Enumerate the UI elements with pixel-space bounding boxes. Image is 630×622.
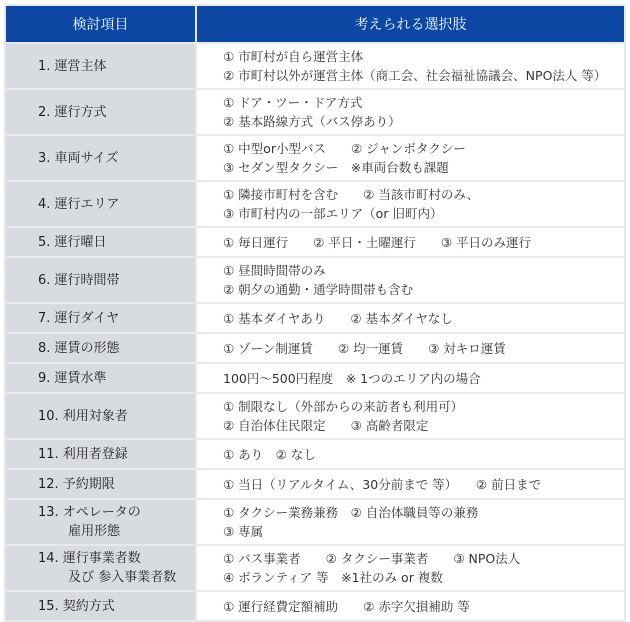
item-cell: 14. 運行事業者数 及び 参入事業者数 — [5, 545, 196, 591]
option-text: ③ セダン型タクシー ※車両台数も課題 — [223, 158, 624, 177]
option-text: ① 運行経費定額補助 ② 赤字欠損補助 等 — [223, 597, 624, 616]
option-text: ① ドア・ツー・ドア方式 — [223, 93, 624, 112]
table-row: 14. 運行事業者数 及び 参入事業者数① バス事業者 ② タクシー事業者 ③ … — [5, 545, 625, 591]
item-cell: 15. 契約方式 — [5, 591, 196, 621]
item-label: 9. 運賃水準 — [38, 369, 194, 388]
option-text: ① タクシー業務兼務 ② 自治体職員等の兼務 — [223, 503, 624, 522]
option-text: ③ 市町村内の一部エリア（or 旧町内） — [223, 204, 624, 223]
options-cell: ① 隣接市町村を含む ② 当該市町村のみ、③ 市町村内の一部エリア（or 旧町内… — [196, 181, 625, 227]
options-cell: ① 制限なし（外部からの来訪者も利用可）② 自治体住民限定 ③ 高齢者限定 — [196, 393, 625, 439]
option-text: ① 昼間時間帯のみ — [223, 261, 624, 280]
table-row: 4. 運行エリア① 隣接市町村を含む ② 当該市町村のみ、③ 市町村内の一部エリ… — [5, 181, 625, 227]
option-text: ① あり ② なし — [223, 445, 624, 464]
item-label: 1. 運営主体 — [38, 57, 194, 76]
options-cell: ① 毎日運行 ② 平日・土曜運行 ③ 平日のみ運行 — [196, 227, 625, 257]
item-cell: 9. 運賃水準 — [5, 363, 196, 393]
table-row: 5. 運行曜日① 毎日運行 ② 平日・土曜運行 ③ 平日のみ運行 — [5, 227, 625, 257]
table-row: 13. オペレータの 雇用形態① タクシー業務兼務 ② 自治体職員等の兼務③ 専… — [5, 499, 625, 545]
item-label: 及び 参入事業者数 — [38, 568, 194, 587]
option-text: ① 市町村が自ら運営主体 — [223, 47, 624, 66]
table-row: 1. 運営主体① 市町村が自ら運営主体② 市町村以外が運営主体（商工会、社会福祉… — [5, 43, 625, 89]
item-label: 7. 運行ダイヤ — [38, 309, 194, 328]
item-label: 10. 利用対象者 — [38, 407, 194, 426]
options-cell: ① 市町村が自ら運営主体② 市町村以外が運営主体（商工会、社会福祉協議会、NPO… — [196, 43, 625, 89]
options-cell: ① バス事業者 ② タクシー事業者 ③ NPO法人④ ボランティア 等 ※1社の… — [196, 545, 625, 591]
table-row: 7. 運行ダイヤ① 基本ダイヤあり ② 基本ダイヤなし — [5, 303, 625, 333]
option-text: ③ 専属 — [223, 522, 624, 541]
options-cell: ① 中型or小型バス ② ジャンボタクシー③ セダン型タクシー ※車両台数も課題 — [196, 135, 625, 181]
table-row: 15. 契約方式① 運行経費定額補助 ② 赤字欠損補助 等 — [5, 591, 625, 621]
table-row: 10. 利用対象者① 制限なし（外部からの来訪者も利用可）② 自治体住民限定 ③… — [5, 393, 625, 439]
option-text: ① 中型or小型バス ② ジャンボタクシー — [223, 139, 624, 158]
item-label: 12. 予約期限 — [38, 475, 194, 494]
item-label: 6. 運行時間帯 — [38, 271, 194, 290]
item-cell: 2. 運行方式 — [5, 89, 196, 135]
item-label: 2. 運行方式 — [38, 103, 194, 122]
item-label: 8. 運賃の形態 — [38, 339, 194, 358]
item-cell: 11. 利用者登録 — [5, 439, 196, 469]
option-text: ② 基本路線方式（バス停あり） — [223, 112, 624, 131]
table-row: 8. 運賃の形態① ゾーン制運賃 ② 均一運賃 ③ 対キロ運賃 — [5, 333, 625, 363]
item-cell: 12. 予約期限 — [5, 469, 196, 499]
item-label: 雇用形態 — [38, 522, 194, 541]
option-text: 100円〜500円程度 ※ 1つのエリア内の場合 — [223, 369, 624, 388]
option-text: ① 制限なし（外部からの来訪者も利用可） — [223, 397, 624, 416]
option-text: ② 市町村以外が運営主体（商工会、社会福祉協議会、NPO法人 等） — [223, 66, 624, 85]
options-cell: 100円〜500円程度 ※ 1つのエリア内の場合 — [196, 363, 625, 393]
item-cell: 3. 車両サイズ — [5, 135, 196, 181]
options-cell: ① 昼間時間帯のみ② 朝夕の通勤・通学時間帯も含む — [196, 257, 625, 303]
item-label: 5. 運行曜日 — [38, 233, 194, 252]
item-label: 14. 運行事業者数 — [38, 549, 194, 568]
options-cell: ① 運行経費定額補助 ② 赤字欠損補助 等 — [196, 591, 625, 621]
table-row: 3. 車両サイズ① 中型or小型バス ② ジャンボタクシー③ セダン型タクシー … — [5, 135, 625, 181]
option-text: ① 基本ダイヤあり ② 基本ダイヤなし — [223, 309, 624, 328]
options-table: 検討項目 考えられる選択肢 1. 運営主体① 市町村が自ら運営主体② 市町村以外… — [4, 4, 626, 621]
header-row: 検討項目 考えられる選択肢 — [5, 5, 625, 43]
options-cell: ① 基本ダイヤあり ② 基本ダイヤなし — [196, 303, 625, 333]
table-row: 11. 利用者登録① あり ② なし — [5, 439, 625, 469]
option-text: ④ ボランティア 等 ※1社のみ or 複数 — [223, 568, 624, 587]
options-cell: ① あり ② なし — [196, 439, 625, 469]
item-cell: 13. オペレータの 雇用形態 — [5, 499, 196, 545]
option-text: ② 朝夕の通勤・通学時間帯も含む — [223, 280, 624, 299]
option-text: ① 当日（リアルタイム、30分前まで 等） ② 前日まで — [223, 475, 624, 494]
item-label: 3. 車両サイズ — [38, 149, 194, 168]
item-label: 15. 契約方式 — [38, 597, 194, 616]
item-cell: 7. 運行ダイヤ — [5, 303, 196, 333]
option-text: ① バス事業者 ② タクシー事業者 ③ NPO法人 — [223, 549, 624, 568]
table-row: 6. 運行時間帯① 昼間時間帯のみ② 朝夕の通勤・通学時間帯も含む — [5, 257, 625, 303]
header-options: 考えられる選択肢 — [196, 5, 625, 43]
item-cell: 5. 運行曜日 — [5, 227, 196, 257]
table-row: 2. 運行方式① ドア・ツー・ドア方式② 基本路線方式（バス停あり） — [5, 89, 625, 135]
item-cell: 4. 運行エリア — [5, 181, 196, 227]
option-text: ② 自治体住民限定 ③ 高齢者限定 — [223, 416, 624, 435]
options-cell: ① タクシー業務兼務 ② 自治体職員等の兼務③ 専属 — [196, 499, 625, 545]
item-cell: 6. 運行時間帯 — [5, 257, 196, 303]
item-cell: 1. 運営主体 — [5, 43, 196, 89]
option-text: ① 隣接市町村を含む ② 当該市町村のみ、 — [223, 185, 624, 204]
item-cell: 8. 運賃の形態 — [5, 333, 196, 363]
header-item: 検討項目 — [5, 5, 196, 43]
item-label: 11. 利用者登録 — [38, 445, 194, 464]
table-row: 12. 予約期限① 当日（リアルタイム、30分前まで 等） ② 前日まで — [5, 469, 625, 499]
table-row: 9. 運賃水準100円〜500円程度 ※ 1つのエリア内の場合 — [5, 363, 625, 393]
options-cell: ① ゾーン制運賃 ② 均一運賃 ③ 対キロ運賃 — [196, 333, 625, 363]
item-cell: 10. 利用対象者 — [5, 393, 196, 439]
option-text: ① ゾーン制運賃 ② 均一運賃 ③ 対キロ運賃 — [223, 339, 624, 358]
item-label: 13. オペレータの — [38, 503, 194, 522]
options-cell: ① 当日（リアルタイム、30分前まで 等） ② 前日まで — [196, 469, 625, 499]
option-text: ① 毎日運行 ② 平日・土曜運行 ③ 平日のみ運行 — [223, 233, 624, 252]
options-cell: ① ドア・ツー・ドア方式② 基本路線方式（バス停あり） — [196, 89, 625, 135]
item-label: 4. 運行エリア — [38, 195, 194, 214]
